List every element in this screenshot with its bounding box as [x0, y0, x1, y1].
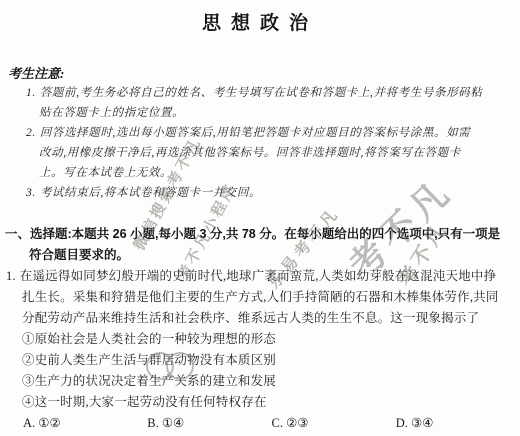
notice-item-2-line: 2.回答选择题时,选出每小题答案后,用铅笔把答题卡对应题目的答案标号涂黑。如需: [0, 123, 520, 143]
statement-4: ④这一时期,大家一起劳动没有任何特权存在: [0, 392, 520, 413]
choice-b: B. ①④: [147, 413, 271, 434]
question-line: 扎生长。采集和狩猎是他们主要的生产方式,人们手持简陋的石器和木棒集体劳作,共同: [0, 287, 520, 308]
choice-c: C. ②③: [272, 413, 396, 434]
notice-item-2-line: 改动,用橡皮擦干净后,再选涂其他答案标号。回答非选择题时,将答案写在答题卡: [0, 143, 520, 163]
question-line: 1.在遥远得如同梦幻般开端的史前时代,地球广袤而蛮荒,人类如幼芽般在这混沌天地中…: [0, 266, 520, 287]
question-number: 1.: [6, 269, 16, 283]
notice-item-number: 3.: [26, 187, 36, 199]
notice-item-2-line: 上。写在本试卷上无效。: [0, 163, 520, 183]
notice-item-number: 2.: [26, 127, 36, 139]
notice-item-text: 回答选择题时,选出每小题答案后,用铅笔把答题卡对应题目的答案标号涂黑。如需: [40, 127, 470, 139]
section-heading-line: 一、选择题:本题共 26 小题,每小题 3 分,共 78 分。在每小题给出的四个…: [0, 224, 520, 245]
choice-d: D. ③④: [396, 413, 520, 434]
statement-3: ③生产力的状况决定着生产关系的建立和发展: [0, 371, 520, 392]
statement-2: ②史前人类生产生活与群居动物没有本质区别: [0, 350, 520, 371]
question-1: 1.在遥远得如同梦幻般开端的史前时代,地球广袤而蛮荒,人类如幼芽般在这混沌天地中…: [0, 266, 520, 434]
notice-item-3-line: 3.考试结束后,将本试卷和答题卡一并交回。: [0, 183, 520, 203]
page-title: 思想政治: [0, 8, 520, 35]
notice-block: 考生注意: 1.答题前,考生务必将自己的姓名、考生号填写在试卷和答题卡上,并将考…: [0, 65, 520, 203]
statement-1: ①原始社会是人类社会的一种较为理想的形态: [0, 329, 520, 350]
section-heading-line: 符合题目要求的。: [0, 245, 520, 266]
notice-item-1-line: 贴在答题卡上的指定位置。: [0, 103, 520, 123]
notice-item-text: 答题前,考生务必将自己的姓名、考生号填写在试卷和答题卡上,并将考生号条形码粘: [40, 87, 483, 99]
question-text: 在遥远得如同梦幻般开端的史前时代,地球广袤而蛮荒,人类如幼芽般在这混沌天地中挣: [20, 269, 497, 283]
notice-item-text: 考试结束后,将本试卷和答题卡一并交回。: [40, 187, 261, 199]
section-heading: 一、选择题:本题共 26 小题,每小题 3 分,共 78 分。在每小题给出的四个…: [0, 224, 520, 266]
answer-choices-row: A. ①② B. ①④ C. ②③ D. ③④: [0, 413, 520, 434]
notice-heading: 考生注意:: [8, 65, 520, 83]
question-line: 分配劳动产品来维持生活和社会秩序、维系远古人类的生生不息。这一现象揭示了: [0, 308, 520, 329]
choice-a: A. ①②: [23, 413, 147, 434]
exam-paper-page: 微信搜索考不凡 考不凡小程序 乐易考不凡 考不凡 考不凡 思想政治 考生注意: …: [0, 8, 520, 436]
notice-item-number: 1.: [26, 87, 36, 99]
notice-item-1-line: 1.答题前,考生务必将自己的姓名、考生号填写在试卷和答题卡上,并将考生号条形码粘: [0, 83, 520, 103]
